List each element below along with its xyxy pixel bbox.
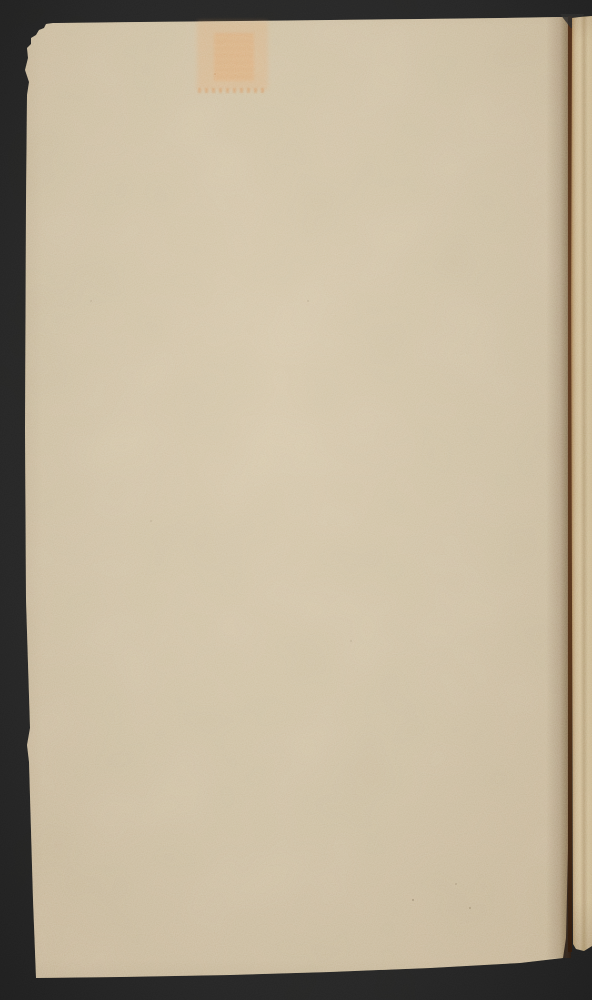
blotch-texture	[0, 0, 592, 1000]
book-scan	[0, 0, 592, 1000]
